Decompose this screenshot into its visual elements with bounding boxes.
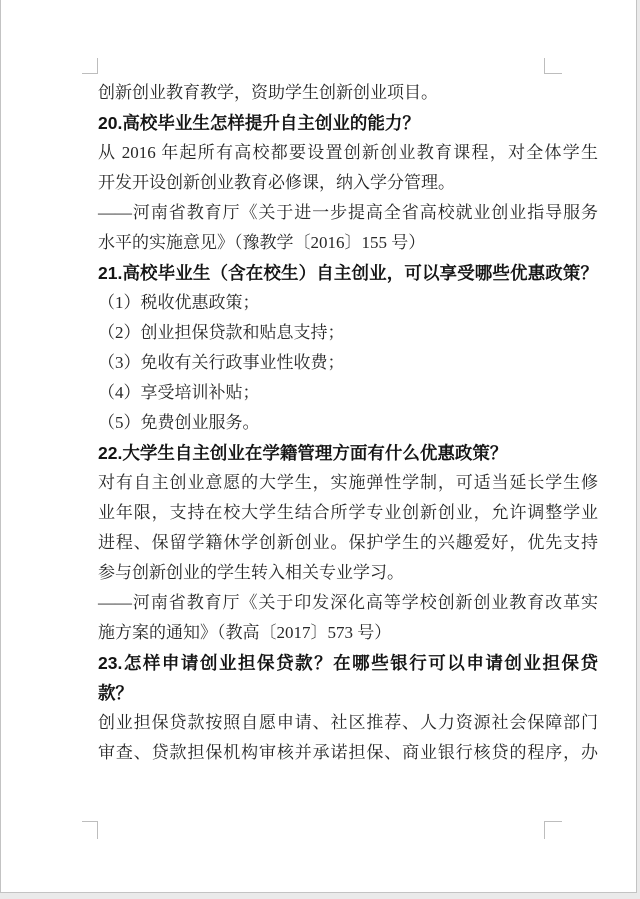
margin-crop-mark-bottom-left	[82, 821, 98, 839]
text-line: 施方案的通知》（教高〔2017〕573 号）	[98, 618, 598, 648]
text-line: 水平的实施意见》（豫教学〔2016〕155 号）	[98, 228, 598, 258]
text-line: 从 2016 年起所有高校都要设置创新创业教育课程，对全体学生	[98, 138, 598, 168]
text-line: （3）免收有关行政事业性收费；	[98, 348, 598, 378]
heading-line: 20.高校毕业生怎样提升自主创业的能力？	[98, 108, 598, 138]
text-line: 创业担保贷款按照自愿申请、社区推荐、人力资源社会保障部门	[98, 708, 598, 738]
document-text: 创新创业教育教学，资助学生创新创业项目。20.高校毕业生怎样提升自主创业的能力？…	[98, 78, 598, 768]
margin-crop-mark-bottom-right	[544, 821, 562, 839]
text-line: 进程、保留学籍休学创新创业。保护学生的兴趣爱好，优先支持	[98, 528, 598, 558]
text-line: 审查、贷款担保机构审核并承诺担保、商业银行核贷的程序，办	[98, 738, 598, 768]
document-page: 创新创业教育教学，资助学生创新创业项目。20.高校毕业生怎样提升自主创业的能力？…	[0, 0, 637, 893]
text-line: 创新创业教育教学，资助学生创新创业项目。	[98, 78, 598, 108]
text-line: （4）享受培训补贴；	[98, 378, 598, 408]
margin-crop-mark-top-right	[544, 58, 562, 74]
text-line: ——河南省教育厅《关于印发深化高等学校创新创业教育改革实	[98, 588, 598, 618]
text-line: 业年限，支持在校大学生结合所学专业创新创业，允许调整学业	[98, 498, 598, 528]
text-line: 对有自主创业意愿的大学生，实施弹性学制，可适当延长学生修	[98, 468, 598, 498]
heading-line: 款？	[98, 678, 598, 708]
word-print-layout-canvas: { "page": { "background": "#ffffff", "ca…	[0, 0, 640, 899]
heading-line: 22.大学生自主创业在学籍管理方面有什么优惠政策？	[98, 438, 598, 468]
text-line: （5）免费创业服务。	[98, 408, 598, 438]
text-line: （1）税收优惠政策；	[98, 288, 598, 318]
text-line: ——河南省教育厅《关于进一步提高全省高校就业创业指导服务	[98, 198, 598, 228]
margin-crop-mark-top-left	[82, 58, 98, 74]
text-line: 参与创新创业的学生转入相关专业学习。	[98, 558, 598, 588]
heading-line: 21.高校毕业生（含在校生）自主创业，可以享受哪些优惠政策？	[98, 258, 598, 288]
text-line: 开发开设创新创业教育必修课，纳入学分管理。	[98, 168, 598, 198]
text-line: （2）创业担保贷款和贴息支持；	[98, 318, 598, 348]
heading-line: 23.怎样申请创业担保贷款？在哪些银行可以申请创业担保贷	[98, 648, 598, 678]
